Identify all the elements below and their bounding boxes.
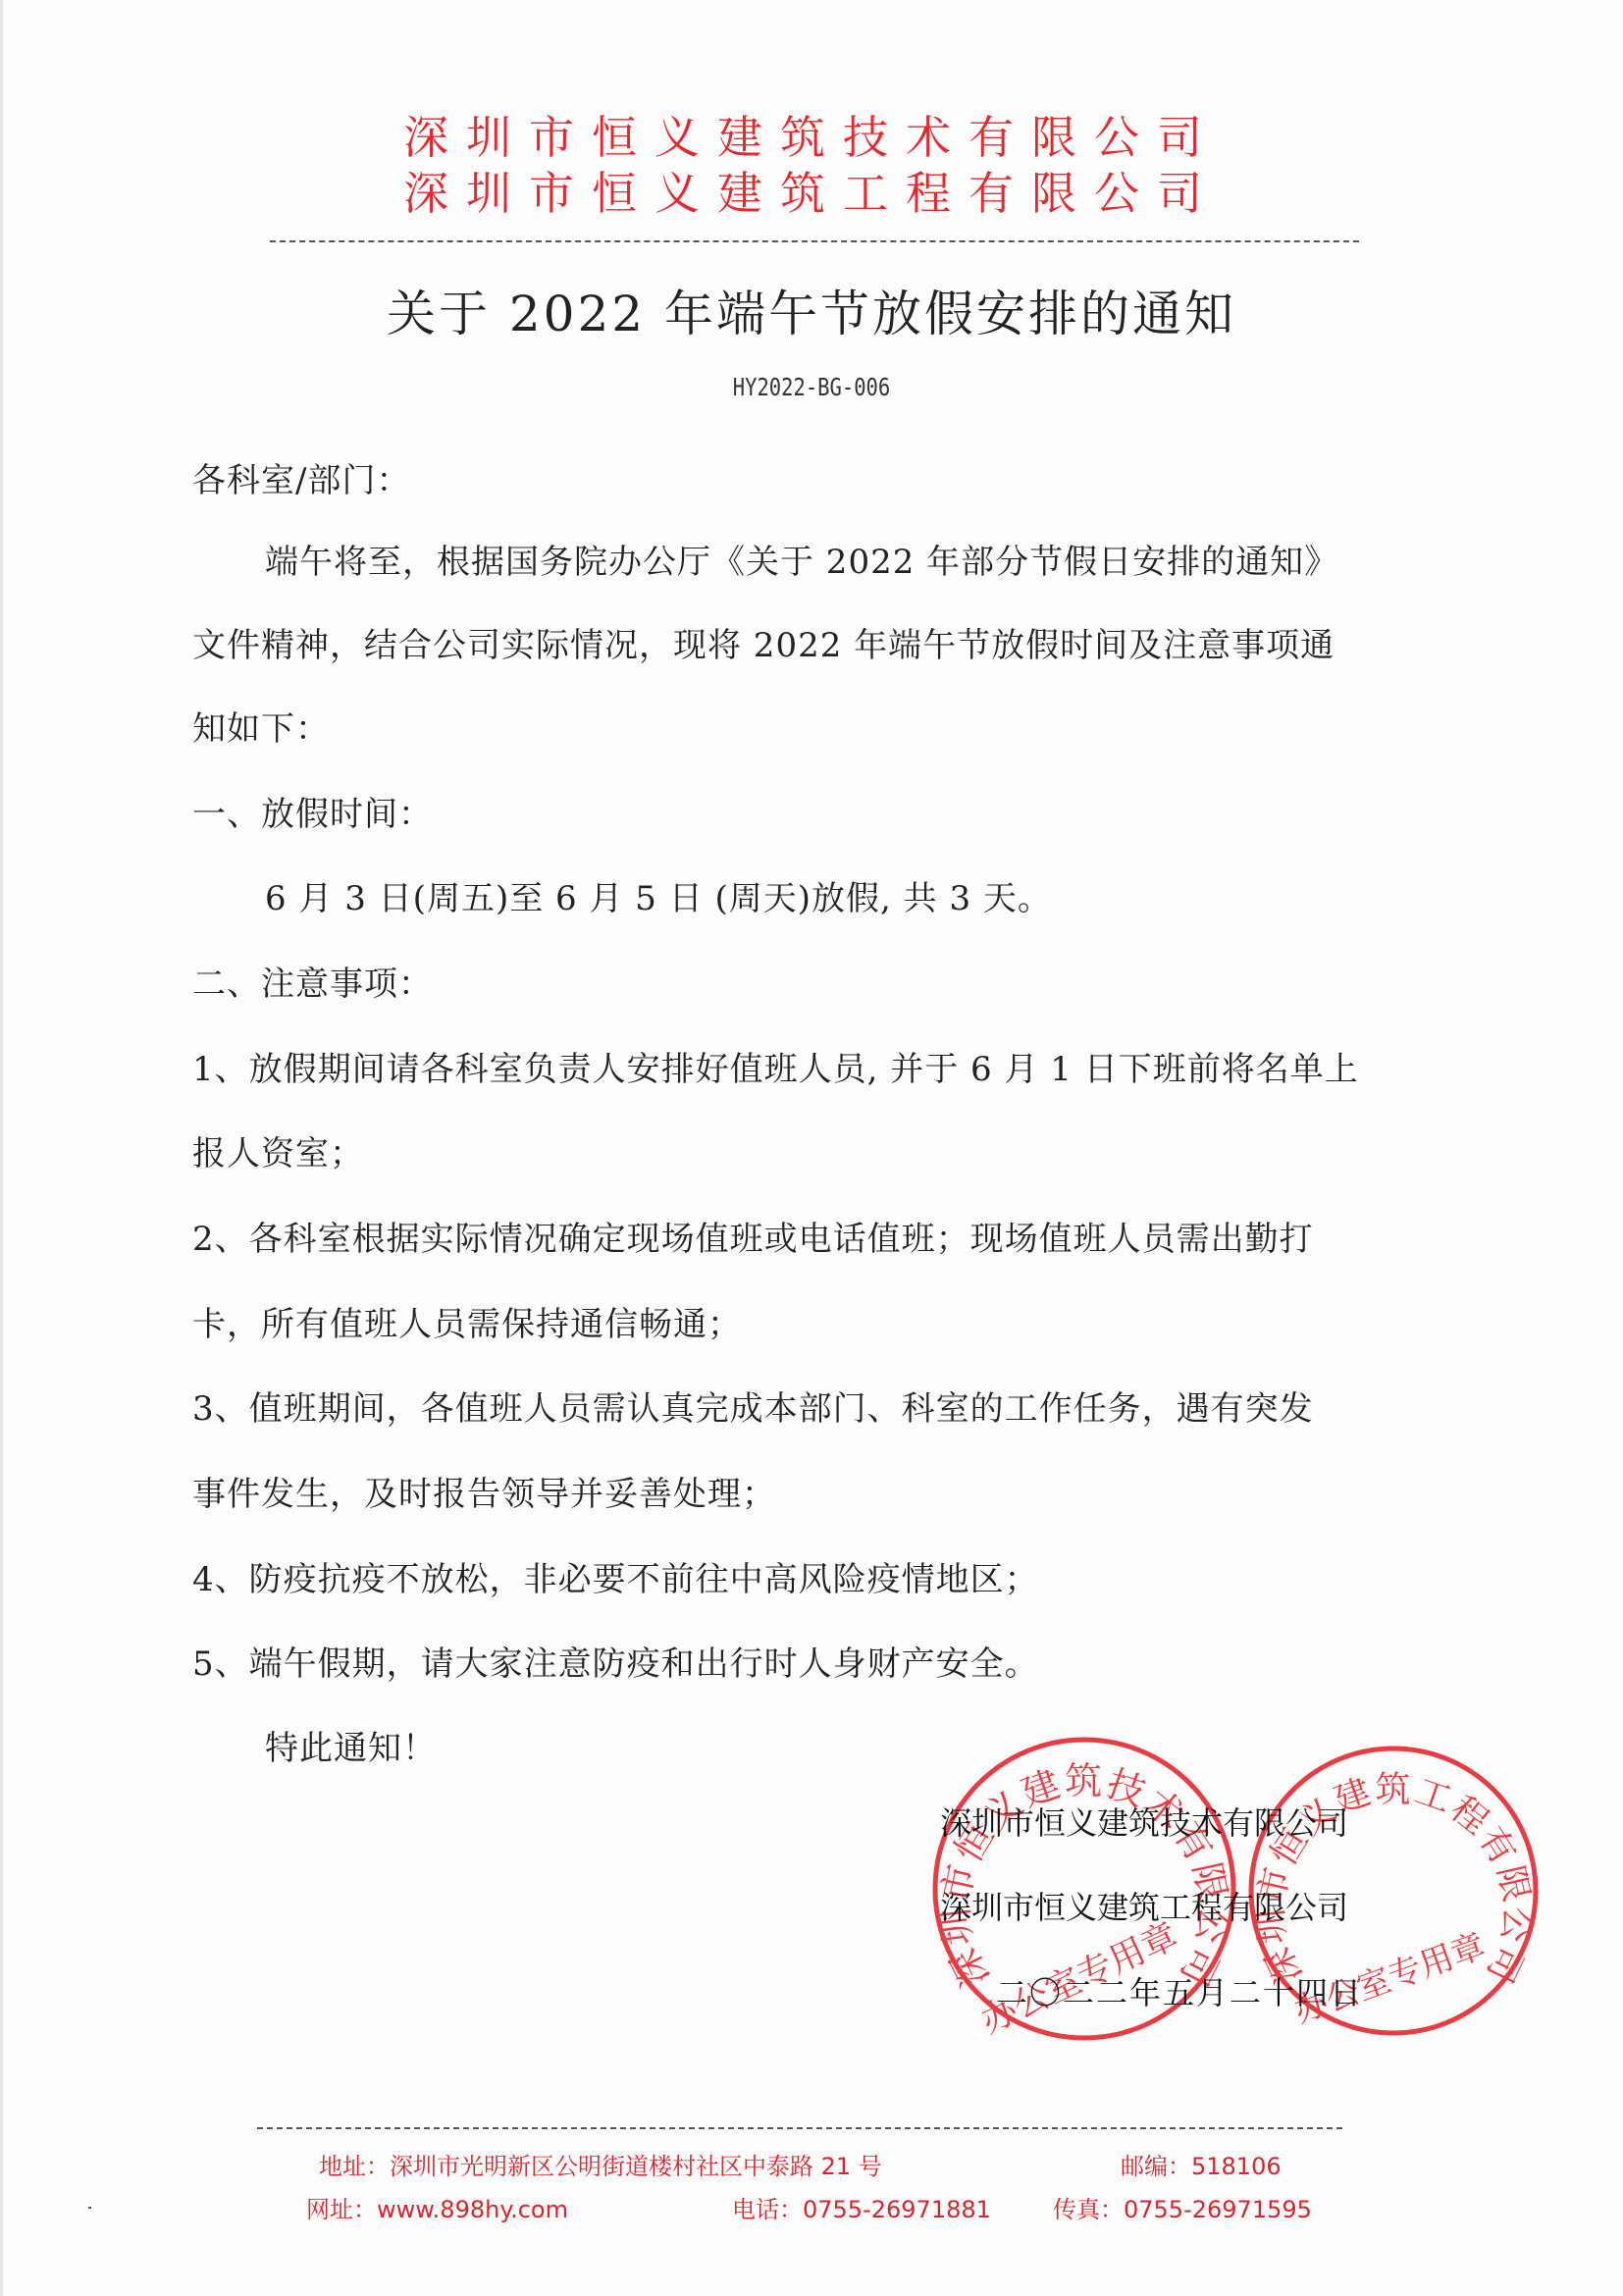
item-1-line-2: 报人资室；: [192, 1126, 364, 1174]
footer-fax: 传真：0755-26971595: [1053, 2190, 1312, 2224]
closing-text: 特此通知！: [265, 1721, 437, 1769]
item-3-line-2: 事件发生，及时报告领导并妥善处理；: [192, 1467, 776, 1515]
section-1-heading: 一、放假时间：: [192, 787, 433, 835]
salutation: 各科室/部门：: [192, 453, 410, 501]
header-divider: [270, 240, 1359, 242]
document-page: 深圳市恒义建筑技术有限公司 深圳市恒义建筑工程有限公司 关于 2022 年端午节…: [0, 0, 1623, 2296]
footer-postcode: 邮编：518106: [1121, 2147, 1282, 2181]
intro-line-3: 知如下：: [192, 702, 330, 750]
footer-phone: 电话：0755-26971881: [732, 2190, 991, 2224]
item-3-line-1: 3、值班期间，各值班人员需认真完成本部门、科室的工作任务，遇有突发: [192, 1382, 1314, 1430]
footer-website[interactable]: 网址：www.898hy.com: [306, 2190, 568, 2224]
letterhead-company-1: 深圳市恒义建筑技术有限公司: [0, 115, 1623, 160]
signature-company-2: 深圳市恒义建筑工程有限公司: [940, 1883, 1348, 1928]
item-1-line-1: 1、放假期间请各科室负责人安排好值班人员, 并于 6 月 1 日下班前将名单上: [192, 1042, 1359, 1090]
signature-company-1: 深圳市恒义建筑技术有限公司: [940, 1799, 1348, 1844]
scan-speck: [88, 2207, 91, 2209]
footer-address: 地址：深圳市光明新区公明街道楼村社区中泰路 21 号: [319, 2147, 882, 2181]
section-2-heading: 二、注意事项：: [192, 957, 433, 1005]
item-2-line-2: 卡，所有值班人员需保持通信畅通；: [192, 1297, 742, 1345]
intro-line-2: 文件精神，结合公司实际情况，现将 2022 年端午节放假时间及注意事项通: [192, 618, 1335, 666]
document-code: HY2022-BG-006: [146, 373, 1477, 401]
footer-divider: [257, 2127, 1342, 2129]
item-4-line-1: 4、防疫抗疫不放松，非必要不前往中高风险疫情地区；: [192, 1552, 1039, 1600]
signature-date: 二〇二二年五月二十四日: [996, 1968, 1363, 2013]
letterhead-company-2: 深圳市恒义建筑工程有限公司: [0, 171, 1623, 216]
document-title: 关于 2022 年端午节放假安排的通知: [0, 275, 1623, 345]
intro-line-1: 端午将至，根据国务院办公厅《关于 2022 年部分节假日安排的通知》: [265, 535, 1338, 583]
section-1-content: 6 月 3 日(周五)至 6 月 5 日 (周天)放假, 共 3 天。: [265, 871, 1052, 919]
item-5-line-1: 5、端午假期，请大家注意防疫和出行时人身财产安全。: [192, 1637, 1039, 1685]
item-2-line-1: 2、各科室根据实际情况确定现场值班或电话值班；现场值班人员需出勤打: [192, 1212, 1314, 1260]
